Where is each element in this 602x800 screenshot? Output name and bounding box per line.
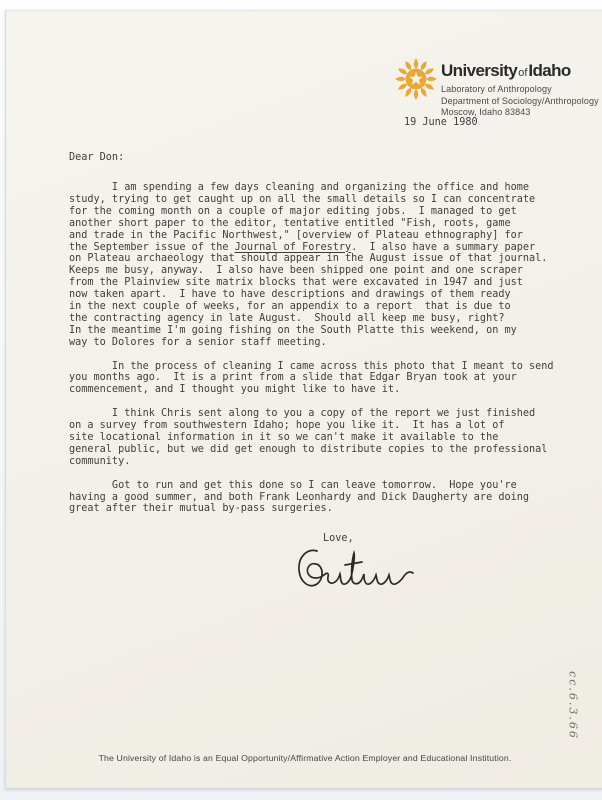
letter-line: on a survey from southwestern Idaho; hop…	[69, 420, 579, 432]
university-wordmark: UniversityofIdaho	[441, 61, 599, 81]
letter-line: I think Chris sent along to you a copy o…	[69, 408, 579, 420]
letter-line: you months ago. It is a print from a sli…	[69, 372, 579, 384]
letter-date: 19 June 1980	[404, 117, 478, 129]
letter-paragraph: I am spending a few days cleaning and or…	[69, 182, 579, 349]
letter-line: in the next couple of weeks, for an appe…	[69, 301, 579, 313]
letter-paragraph: In the process of cleaning I came across…	[69, 361, 579, 397]
wordmark-idaho: Idaho	[528, 61, 570, 80]
letterhead-department-lines: Laboratory of Anthropology Department of…	[441, 84, 599, 119]
letter-body: I am spending a few days cleaning and or…	[69, 182, 579, 527]
margin-note: cc.6.3.66	[567, 651, 580, 761]
letter-line: for the coming month on a couple of majo…	[69, 206, 579, 218]
letter-line: I am spending a few days cleaning and or…	[69, 182, 579, 194]
letter-line: Got to run and get this done so I can le…	[69, 480, 579, 492]
letterhead-line-dept: Department of Sociology/Anthropology	[441, 96, 599, 108]
letter-line: having a good summer, and both Frank Leo…	[69, 492, 579, 504]
letter-line: In the process of cleaning I came across…	[69, 361, 579, 373]
letterhead-line-lab: Laboratory of Anthropology	[441, 84, 599, 96]
letter-page: UniversityofIdaho Laboratory of Anthropo…	[5, 10, 602, 789]
wordmark-university: University	[441, 61, 517, 80]
letter-line: the contracting agency in late August. S…	[69, 313, 579, 325]
letter-paragraph: I think Chris sent along to you a copy o…	[69, 408, 579, 468]
letter-line: from the Plainview site matrix blocks th…	[69, 277, 579, 289]
letter-paragraph: Got to run and get this done so I can le…	[69, 480, 579, 516]
letter-line: study, trying to get caught up on all th…	[69, 194, 579, 206]
letter-line: great after their mutual by-pass surgeri…	[69, 503, 579, 515]
letter-line: the September issue of the Journal of Fo…	[69, 242, 579, 254]
letter-line: commencement, and I thought you might li…	[69, 384, 579, 396]
letter-line: another short paper to the editor, tenta…	[69, 218, 579, 230]
footer-text: The University of Idaho is an Equal Oppo…	[6, 753, 602, 763]
letter-line: and trade in the Pacific Northwest," [ov…	[69, 230, 579, 242]
letter-line: now taken apart. I have to have descript…	[69, 289, 579, 301]
letter-line: In the meantime I'm going fishing on the…	[69, 325, 579, 337]
university-of-idaho-logo-icon	[394, 57, 438, 101]
salutation: Dear Don:	[69, 152, 124, 164]
letter-line: community.	[69, 456, 579, 468]
letter-line: site locational information in it so we …	[69, 432, 579, 444]
wordmark-of: of	[517, 67, 528, 79]
letter-line: Keeps me busy, anyway. I also have been …	[69, 265, 579, 277]
signature	[286, 544, 436, 602]
letter-line: on Plateau archaeology that should appea…	[69, 253, 579, 265]
letter-line: general public, but we did get enough to…	[69, 444, 579, 456]
letterhead: UniversityofIdaho Laboratory of Anthropo…	[441, 61, 599, 119]
letter-line: way to Dolores for a senior staff meetin…	[69, 337, 579, 349]
